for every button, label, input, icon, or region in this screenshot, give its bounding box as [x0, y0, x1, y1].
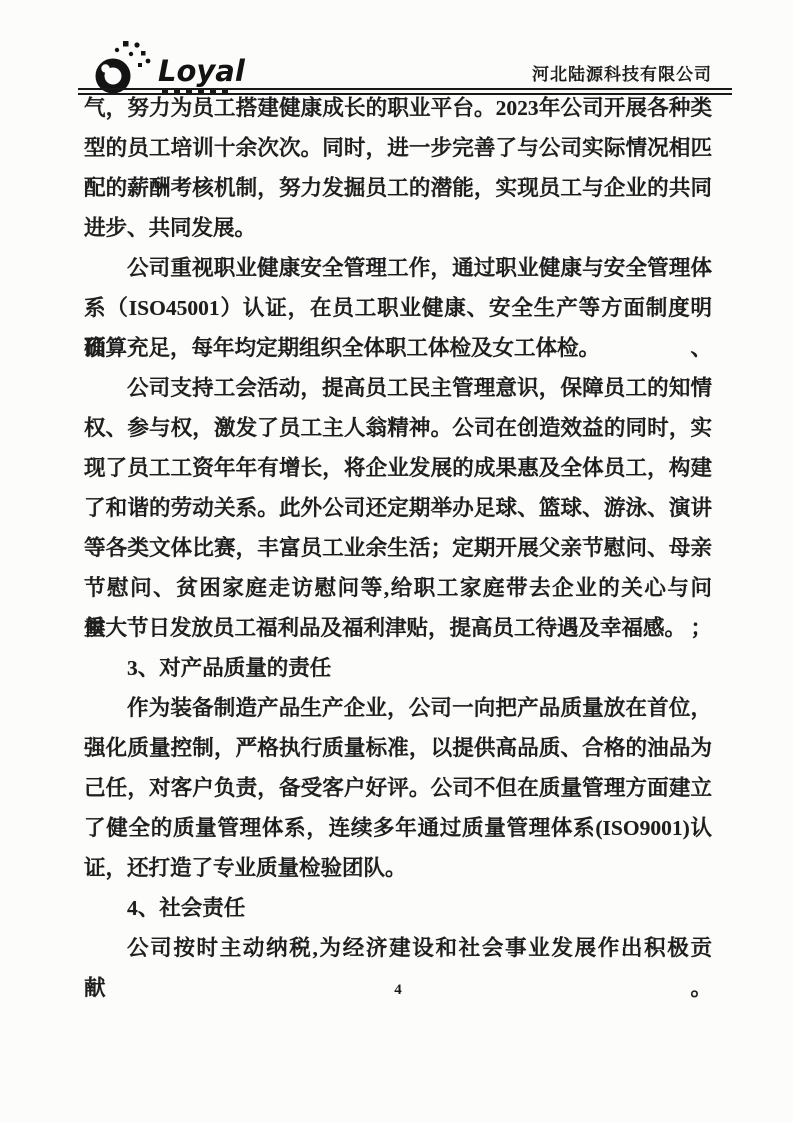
body-line: 公司重视职业健康安全管理工作，通过职业健康与安全管理体 [84, 248, 712, 288]
body-text: 气，努力为员工搭建健康成长的职业平台。2023年公司开展各种类型的员工培训十余次… [84, 88, 712, 968]
body-line: 公司按时主动纳税,为经济建设和社会事业发展作出积极贡献。 [84, 928, 712, 968]
body-line: 气，努力为员工搭建健康成长的职业平台。2023年公司开展各种类 [84, 88, 712, 128]
body-line: 4、社会责任 [84, 888, 712, 928]
body-line: 作为装备制造产品生产企业，公司一向把产品质量放在首位， [84, 688, 712, 728]
body-line: 进步、共同发展。 [84, 208, 712, 248]
body-line: 型的员工培训十余次次。同时，进一步完善了与公司实际情况相匹 [84, 128, 712, 168]
body-line: 了健全的质量管理体系，连续多年通过质量管理体系(ISO9001)认 [84, 808, 712, 848]
body-line: 等各类文体比赛，丰富员工业余生活；定期开展父亲节慰问、母亲 [84, 528, 712, 568]
body-line: 己任，对客户负责，备受客户好评。公司不但在质量管理方面建立 [84, 768, 712, 808]
document-page: Loyal 河北陆源科技有限公司 气，努力为员工搭建健康成长的职业平台。2023… [0, 0, 793, 1123]
body-line: 公司支持工会活动，提高员工民主管理意识，保障员工的知情 [84, 368, 712, 408]
body-line: 重大节日发放员工福利品及福利津贴，提高员工待遇及幸福感。 [84, 608, 712, 648]
logo-wordmark: Loyal [158, 56, 245, 86]
company-name: 河北陆源科技有限公司 [532, 60, 712, 85]
page-number: 4 [84, 982, 712, 999]
body-line: 强化质量控制，严格执行质量标准，以提供高品质、合格的油品为 [84, 728, 712, 768]
body-line: 3、对产品质量的责任 [84, 648, 712, 688]
body-line: 证，还打造了专业质量检验团队。 [84, 848, 712, 888]
body-line: 权、参与权，激发了员工主人翁精神。公司在创造效益的同时，实 [84, 408, 712, 448]
body-line: 系（ISO45001）认证，在员工职业健康、安全生产等方面制度明确、 [84, 288, 712, 328]
body-line: 节慰问、贫困家庭走访慰问等,给职工家庭带去企业的关心与问候； [84, 568, 712, 608]
body-line: 了和谐的劳动关系。此外公司还定期举办足球、篮球、游泳、演讲 [84, 488, 712, 528]
body-line: 配的薪酬考核机制，努力发掘员工的潜能，实现员工与企业的共同 [84, 168, 712, 208]
body-line: 现了员工工资年年有增长，将企业发展的成果惠及全体员工，构建 [84, 448, 712, 488]
